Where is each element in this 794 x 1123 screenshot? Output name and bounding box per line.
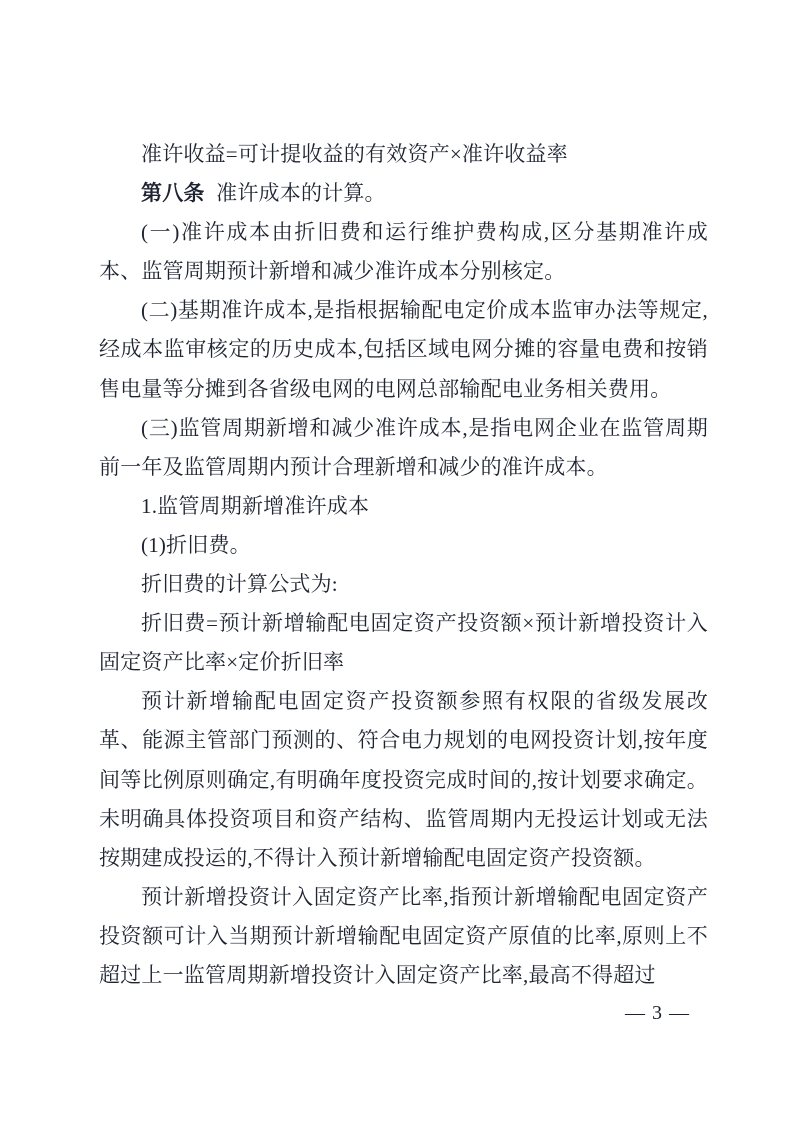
fixed-asset-ratio-paragraph: 预计新增投资计入固定资产比率,指预计新增输配电固定资产投资额可计入当期预计新增输… — [99, 878, 708, 995]
formula-depreciation: 折旧费=预计新增输配电固定资产投资额×预计新增投资计入固定资产比率×定价折旧率 — [99, 604, 708, 682]
formula-intro-line: 折旧费的计算公式为: — [99, 565, 708, 604]
subitem-1-heading: (1)折旧费。 — [99, 526, 708, 565]
clause-3-paragraph: (三)监管周期新增和减少准许成本,是指电网企业在监管周期前一年及监管周期内预计合… — [99, 409, 708, 487]
document-page: 准许收益=可计提收益的有效资产×准许收益率 第八条准许成本的计算。 (一)准许成… — [0, 0, 794, 1123]
article-number: 第八条 — [141, 182, 205, 205]
clause-1-paragraph: (一)准许成本由折旧费和运行维护费构成,区分基期准许成本、监管周期预计新增和减少… — [99, 213, 708, 291]
article-title: 准许成本的计算。 — [216, 181, 386, 205]
item-1-heading: 1.监管周期新增准许成本 — [99, 487, 708, 526]
document-body: 准许收益=可计提收益的有效资产×准许收益率 第八条准许成本的计算。 (一)准许成… — [99, 135, 708, 995]
page-number: — 3 — — [625, 1000, 690, 1026]
clause-2-paragraph: (二)基期准许成本,是指根据输配电定价成本监审办法等规定,经成本监审核定的历史成… — [99, 291, 708, 408]
article-8-heading: 第八条准许成本的计算。 — [99, 174, 708, 213]
investment-amount-paragraph: 预计新增输配电固定资产投资额参照有权限的省级发展改革、能源主管部门预测的、符合电… — [99, 682, 708, 877]
formula-allowed-revenue: 准许收益=可计提收益的有效资产×准许收益率 — [99, 135, 708, 174]
